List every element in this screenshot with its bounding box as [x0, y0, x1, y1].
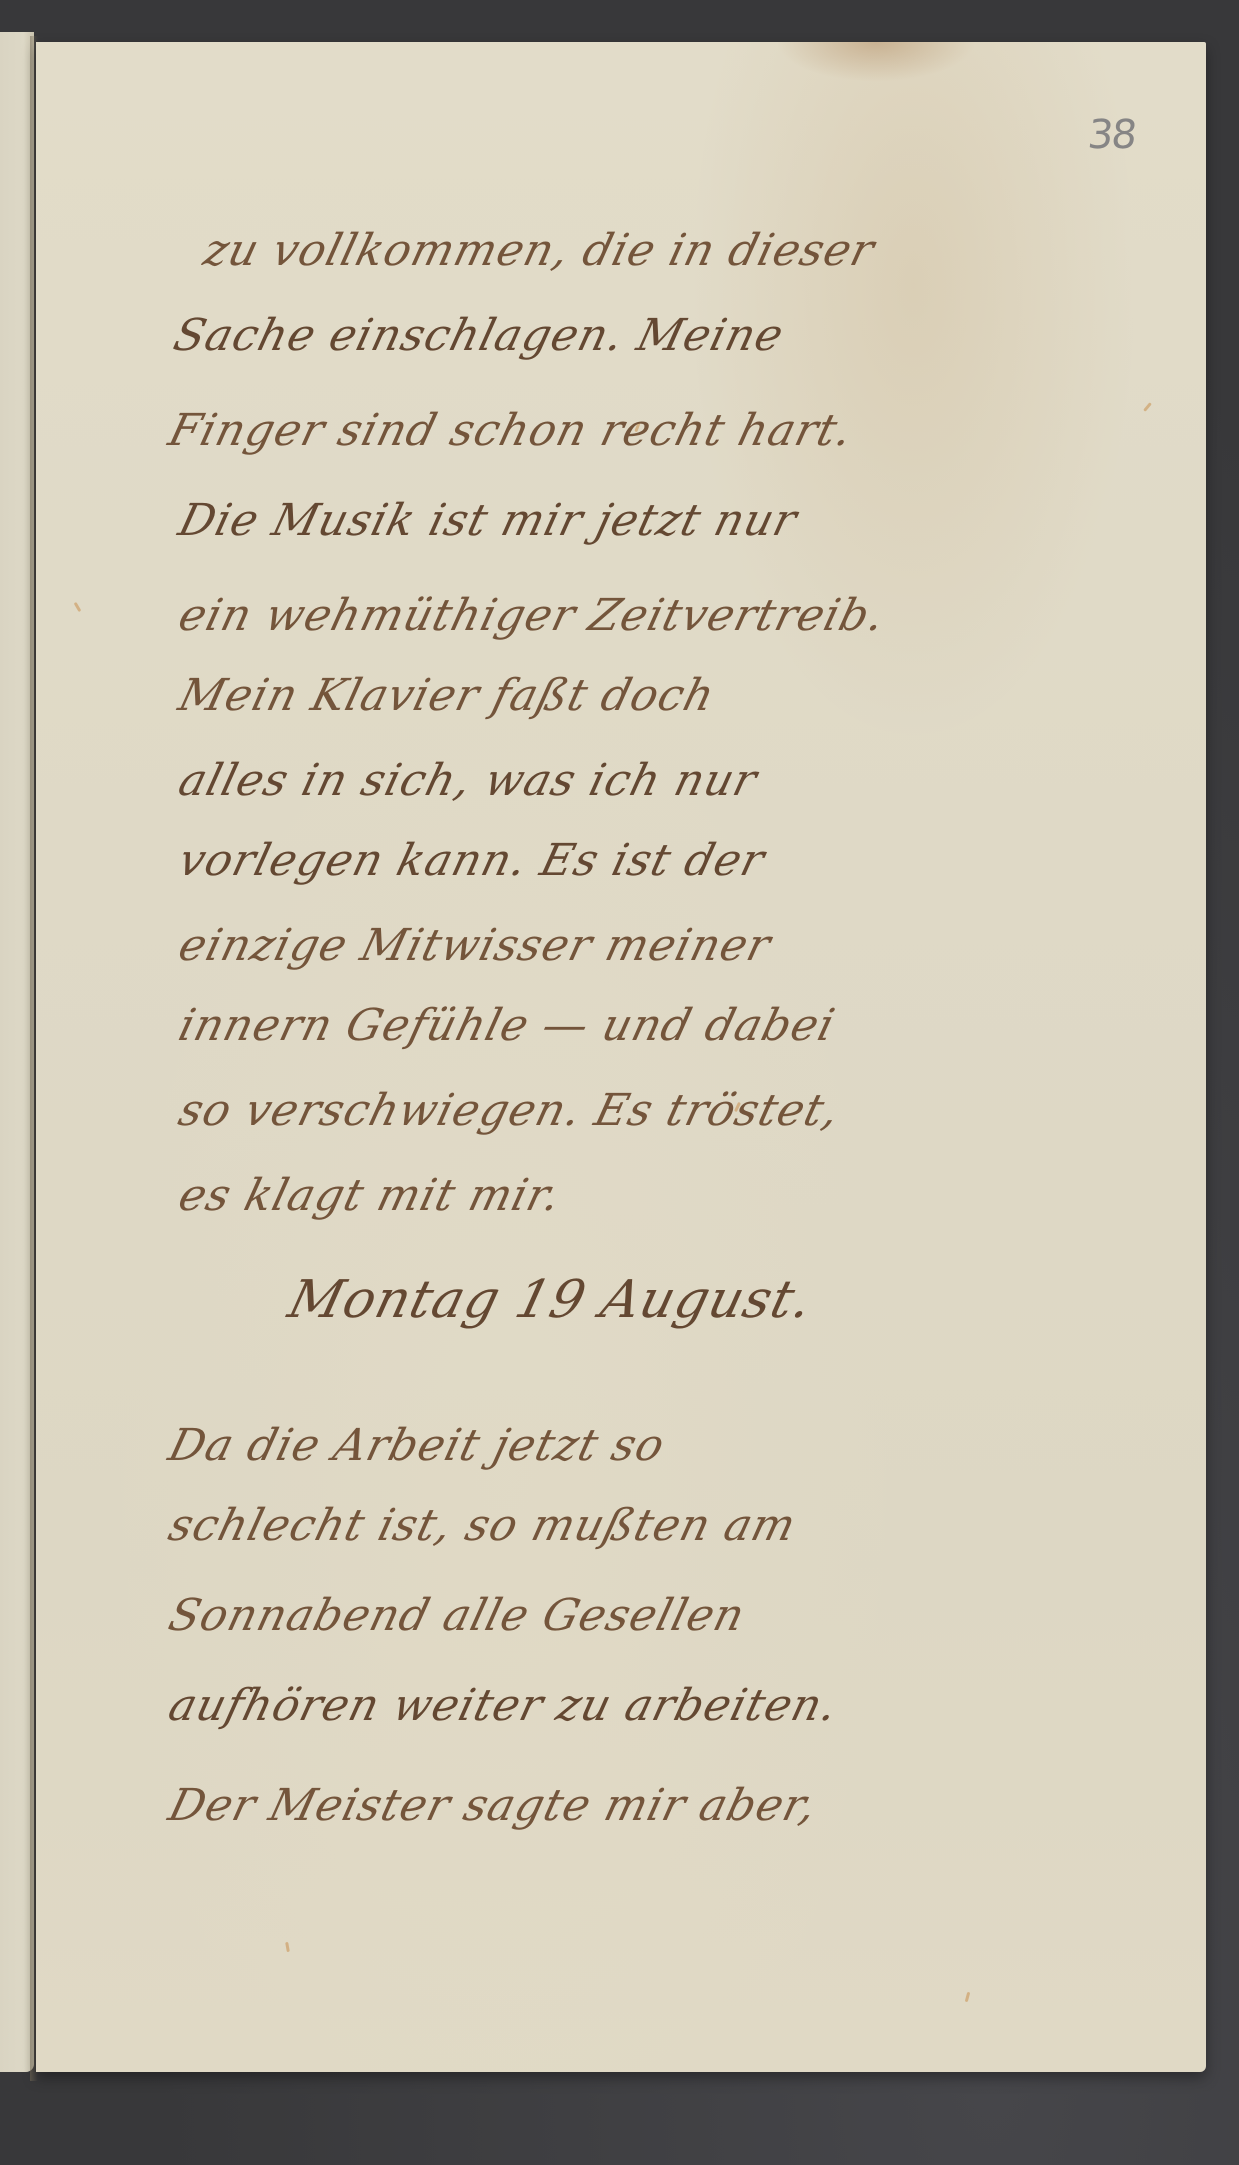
- text-line: einzige Mitwisser meiner: [174, 920, 777, 971]
- text-line: Sonnabend alle Gesellen: [164, 1590, 751, 1641]
- text-line: Sache einschlagen. Meine: [169, 310, 789, 361]
- text-line: es klagt mit mir.: [174, 1170, 567, 1221]
- text-line: innern Gefühle — und dabei: [174, 1000, 841, 1051]
- text-line: alles in sich, was ich nur: [174, 755, 763, 806]
- text-line: zu vollkommen, die in dieser: [199, 225, 880, 276]
- text-line: so verschwiegen. Es tröstet,: [174, 1085, 845, 1136]
- text-line: Mein Klavier faßt doch: [174, 670, 721, 721]
- text-line: Finger sind schon recht hart.: [164, 405, 858, 456]
- entry-date-heading: Montag 19 August.: [283, 1270, 819, 1330]
- text-line: Da die Arbeit jetzt so: [164, 1420, 671, 1471]
- text-line: vorlegen kann. Es ist der: [174, 835, 771, 886]
- manuscript-text: zu vollkommen, die in dieser Sache einsc…: [0, 0, 1239, 2165]
- text-line: Der Meister sagte mir aber,: [164, 1780, 823, 1831]
- text-line: ein wehmüthiger Zeitvertreib.: [174, 590, 891, 641]
- text-line: schlecht ist, so mußten am: [164, 1500, 802, 1551]
- text-line: Die Musik ist mir jetzt nur: [174, 495, 803, 546]
- text-line: aufhören weiter zu arbeiten.: [164, 1680, 843, 1731]
